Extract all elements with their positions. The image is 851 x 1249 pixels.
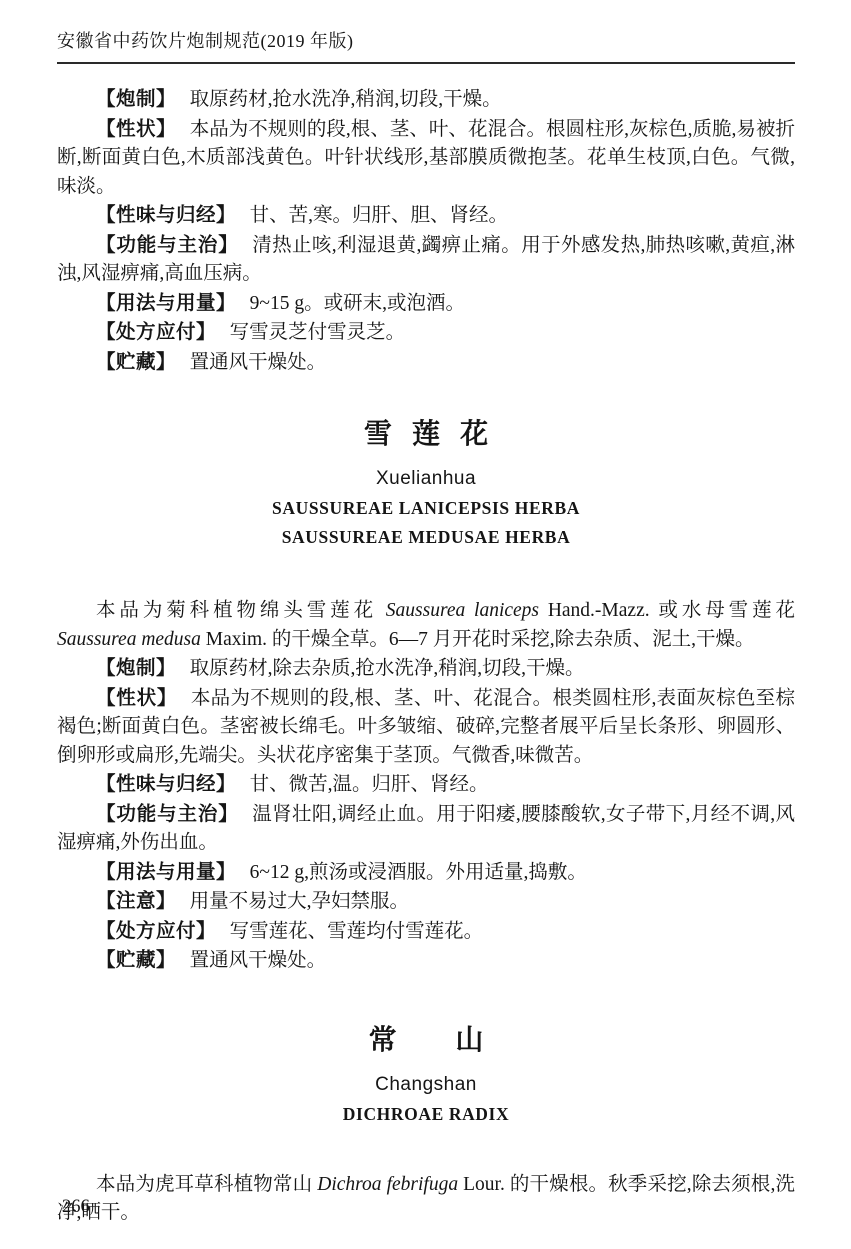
section-yongfa-yongliang: 【用法与用量】6~12 g,煎汤或浸酒服。外用适量,捣敷。 — [57, 858, 795, 888]
latin-name: SAUSSUREAE MEDUSAE HERBA — [57, 523, 795, 552]
section-zhucang: 【贮藏】置通风干燥处。 — [57, 946, 795, 976]
running-header: 安徽省中药饮片炮制规范(2019 年版) — [57, 30, 795, 64]
section-label: 【性状】 — [96, 687, 177, 709]
book-title: 安徽省中药饮片炮制规范(2019 年版) — [57, 31, 354, 51]
section-xingwei-guijing: 【性味与归经】甘、苦,寒。归肝、胆、肾经。 — [57, 201, 795, 231]
section-label: 【性状】 — [96, 118, 176, 140]
section-label: 【用法与用量】 — [96, 292, 236, 314]
section-text: 用量不易过大,孕妇禁服。 — [190, 891, 409, 912]
section-text: 写雪灵芝付雪灵芝。 — [230, 322, 406, 343]
section-text: 甘、微苦,温。归肝、肾经。 — [250, 774, 489, 795]
section-label: 【炮制】 — [96, 88, 176, 110]
section-label: 【贮藏】 — [96, 351, 176, 373]
monograph-pinyin: Changshan — [57, 1073, 795, 1097]
section-paozhi: 【炮制】取原药材,除去杂质,抢水洗净,稍润,切段,干燥。 — [57, 654, 795, 684]
section-text: 取原药材,除去杂质,抢水洗净,稍润,切段,干燥。 — [190, 658, 585, 679]
section-zhucang: 【贮藏】置通风干燥处。 — [57, 348, 795, 378]
section-yongfa-yongliang: 【用法与用量】9~15 g。或研末,或泡酒。 — [57, 289, 795, 319]
section-label: 【炮制】 — [96, 657, 176, 679]
monograph-header-xuelianhua: 雪莲花 Xuelianhua SAUSSUREAE LANICEPSIS HER… — [57, 414, 795, 552]
latin-name: DICHROAE RADIX — [57, 1100, 795, 1129]
section-gongneng-zhuzhi: 【功能与主治】温肾壮阳,调经止血。用于阳痿,腰膝酸软,女子带下,月经不调,风湿痹… — [57, 800, 795, 858]
section-label: 【处方应付】 — [96, 321, 216, 343]
monograph-title: 常山 — [57, 1020, 795, 1060]
section-chufang-yingfu: 【处方应付】写雪灵芝付雪灵芝。 — [57, 318, 795, 348]
section-label: 【贮藏】 — [96, 949, 176, 971]
intro-text: Maxim. 的干燥全草。6—7 月开花时采挖,除去杂质、泥土,干燥。 — [201, 629, 755, 650]
section-label: 【功能与主治】 — [96, 803, 239, 825]
section-label: 【性味与归经】 — [96, 773, 236, 795]
section-chufang-yingfu: 【处方应付】写雪莲花、雪莲均付雪莲花。 — [57, 917, 795, 947]
monograph-intro-changshan: 本品为虎耳草科植物常山 Dichroa febrifuga Lour. 的干燥根… — [57, 1171, 795, 1228]
monograph-title: 雪莲花 — [57, 414, 795, 454]
section-text: 写雪莲花、雪莲均付雪莲花。 — [230, 921, 484, 942]
section-zhuyi: 【注意】用量不易过大,孕妇禁服。 — [57, 887, 795, 917]
monograph-latin-names: SAUSSUREAE LANICEPSIS HERBA SAUSSUREAE M… — [57, 494, 795, 552]
section-xingwei-guijing: 【性味与归经】甘、微苦,温。归肝、肾经。 — [57, 770, 795, 800]
section-paozhi: 【炮制】取原药材,抢水洗净,稍润,切段,干燥。 — [57, 85, 795, 115]
section-xingzhuang: 【性状】本品为不规则的段,根、茎、叶、花混合。根圆柱形,灰棕色,质脆,易被折断,… — [57, 115, 795, 202]
monograph-latin-names: DICHROAE RADIX — [57, 1100, 795, 1129]
section-label: 【功能与主治】 — [96, 234, 239, 256]
monograph-continuation: 【炮制】取原药材,抢水洗净,稍润,切段,干燥。 【性状】本品为不规则的段,根、茎… — [57, 85, 795, 377]
section-text: 甘、苦,寒。归肝、胆、肾经。 — [250, 205, 508, 226]
section-xingzhuang: 【性状】本品为不规则的段,根、茎、叶、花混合。根类圆柱形,表面灰棕色至棕褐色;断… — [57, 684, 795, 771]
document-page: 安徽省中药饮片炮制规范(2019 年版) 【炮制】取原药材,抢水洗净,稍润,切段… — [0, 0, 851, 1249]
section-text: 置通风干燥处。 — [190, 352, 327, 373]
section-label: 【用法与用量】 — [96, 861, 236, 883]
monograph-pinyin: Xuelianhua — [57, 467, 795, 491]
intro-text: 本品为菊科植物绵头雪莲花 — [96, 600, 386, 621]
scientific-name: Dichroa febrifuga — [317, 1174, 458, 1195]
scientific-name: Saussurea laniceps — [386, 600, 539, 621]
section-text: 取原药材,抢水洗净,稍润,切段,干燥。 — [190, 89, 502, 110]
page-number: 266 — [62, 1193, 90, 1222]
intro-text: Hand.-Mazz. 或水母雪莲花 — [539, 600, 795, 621]
section-text: 6~12 g,煎汤或浸酒服。外用适量,捣敷。 — [250, 862, 587, 883]
monograph-header-changshan: 常山 Changshan DICHROAE RADIX — [57, 1020, 795, 1129]
monograph-sections-xuelianhua: 【炮制】取原药材,除去杂质,抢水洗净,稍润,切段,干燥。 【性状】本品为不规则的… — [57, 654, 795, 976]
monograph-intro-xuelianhua: 本品为菊科植物绵头雪莲花 Saussurea laniceps Hand.-Ma… — [57, 597, 795, 654]
section-label: 【注意】 — [96, 890, 176, 912]
section-gongneng-zhuzhi: 【功能与主治】清热止咳,利湿退黄,蠲痹止痛。用于外感发热,肺热咳嗽,黄疸,淋浊,… — [57, 231, 795, 289]
section-text: 置通风干燥处。 — [190, 950, 327, 971]
section-label: 【处方应付】 — [96, 920, 216, 942]
intro-text: 本品为虎耳草科植物常山 — [96, 1174, 317, 1195]
scientific-name: Saussurea medusa — [57, 629, 201, 650]
section-text: 9~15 g。或研末,或泡酒。 — [250, 293, 465, 314]
latin-name: SAUSSUREAE LANICEPSIS HERBA — [57, 494, 795, 523]
section-label: 【性味与归经】 — [96, 204, 236, 226]
